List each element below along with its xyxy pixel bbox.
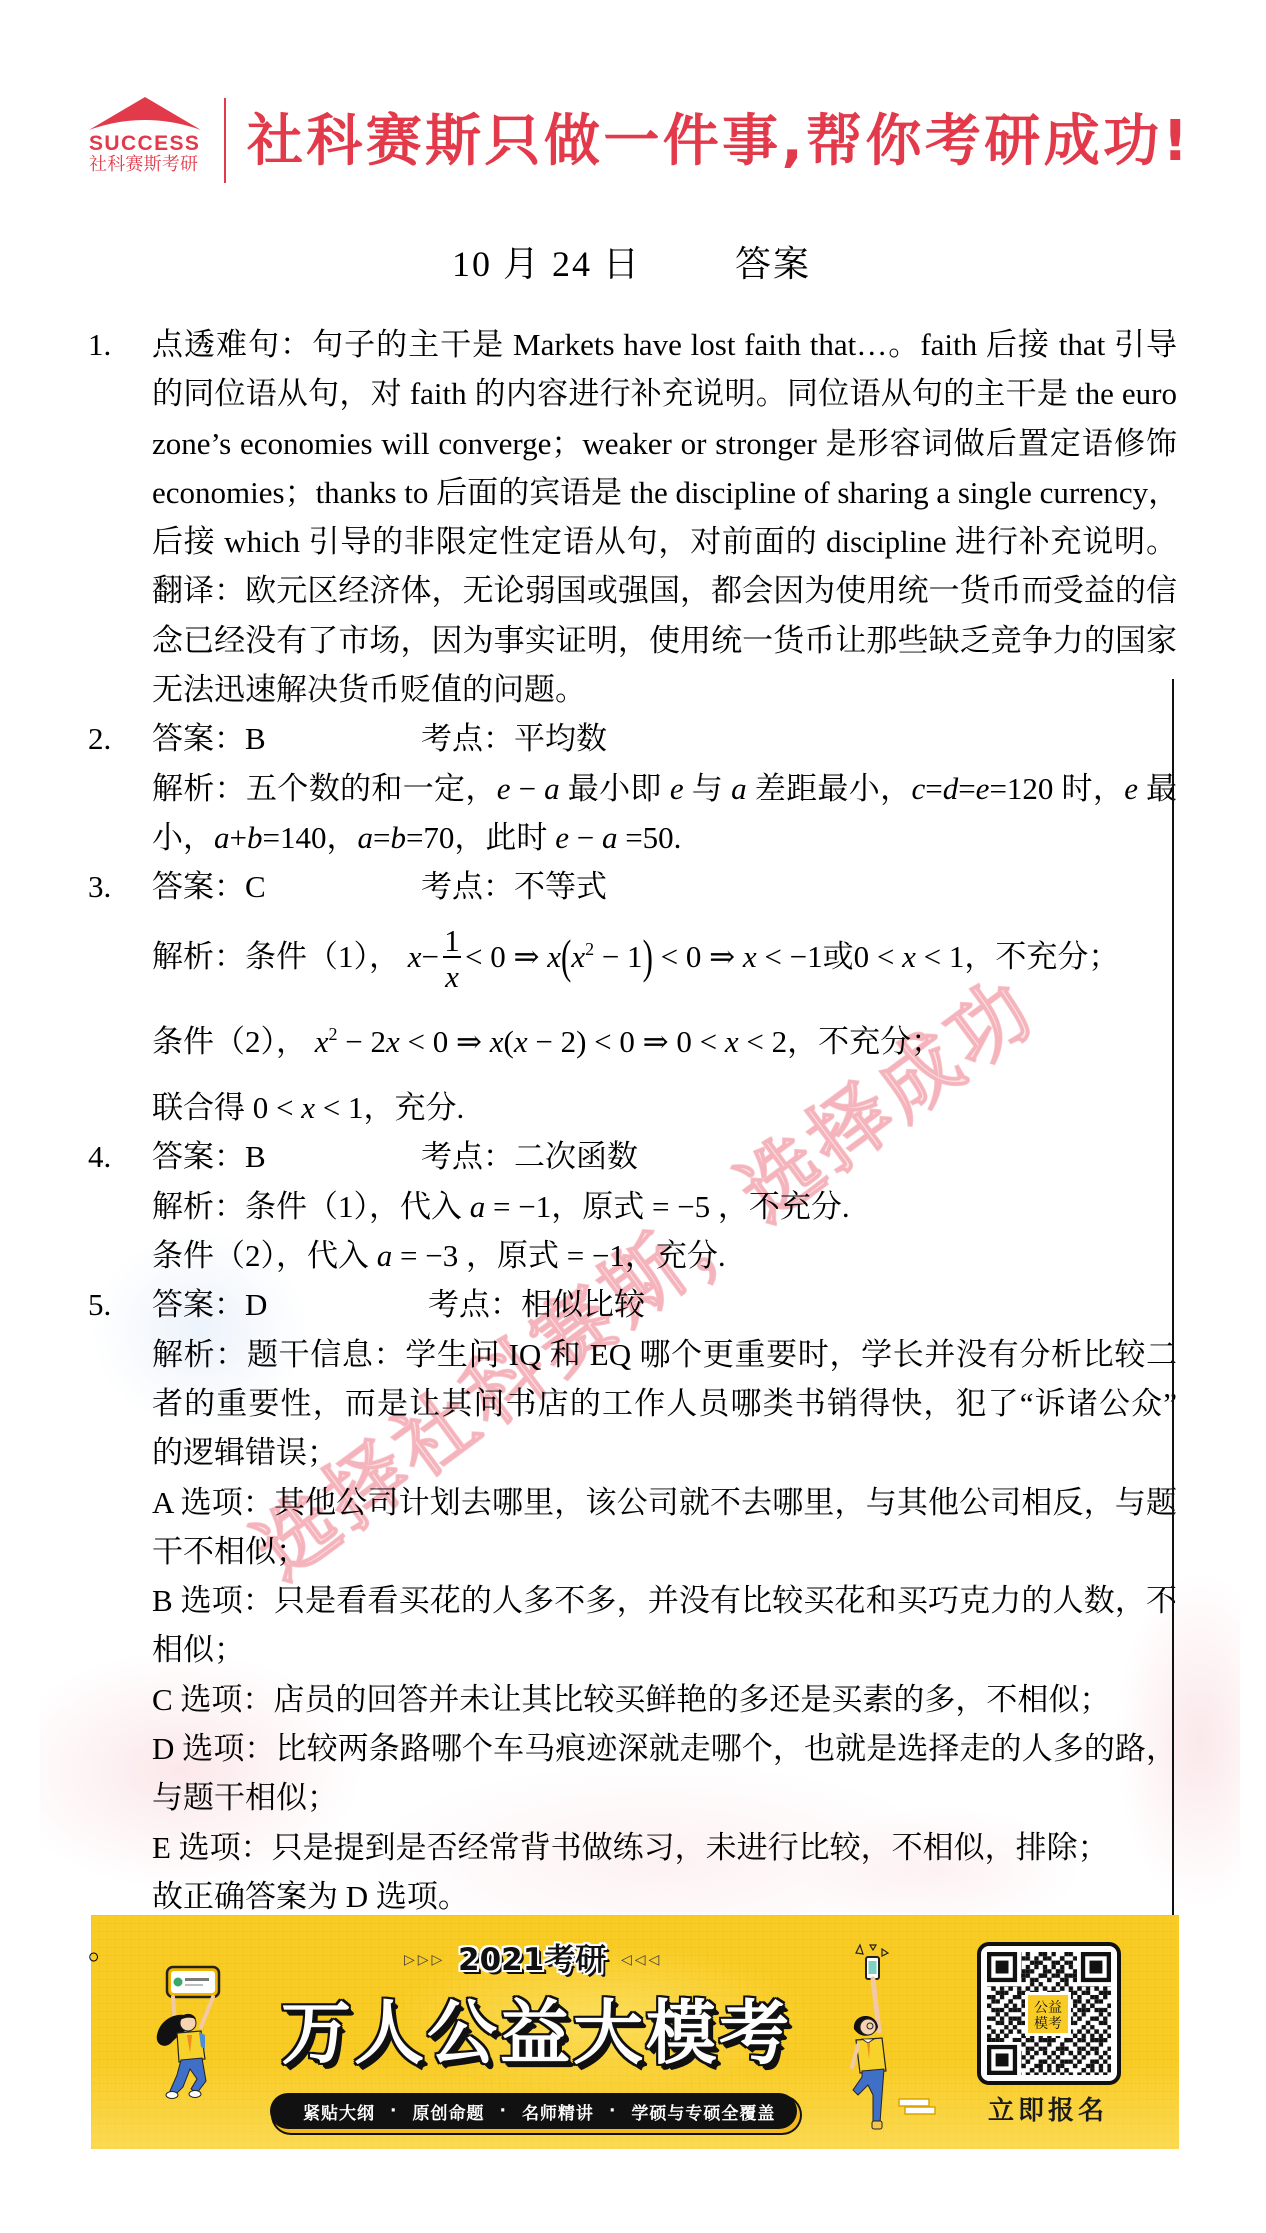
analysis-line-condition-2: 条件（2），代入 a = −3 ，原式 = −1，充分.	[152, 1231, 1177, 1280]
text-segment: =70，此时	[406, 820, 555, 855]
question-number: 1.	[88, 320, 111, 369]
text-segment: = −3 ，原式 = −1，充分.	[392, 1238, 725, 1273]
math-variable: d	[943, 771, 959, 806]
text-segment: < 1	[315, 1090, 363, 1125]
math-variable: e	[555, 820, 569, 855]
banner-feature-pill: 紧贴大纲 · 原创命题 · 名师精讲 · 学硕与专硕全覆盖	[270, 2093, 797, 2129]
logo-roof-icon	[89, 97, 201, 131]
math-variable: e	[497, 771, 511, 806]
math-exponent: 2	[585, 939, 594, 959]
question-number: 5.	[88, 1280, 111, 1329]
text-segment: =50.	[617, 820, 681, 855]
math-variable: c	[911, 771, 925, 806]
feature-separator: ·	[390, 2101, 397, 2121]
qr-finder-bottom-left	[985, 2042, 1021, 2078]
line-text: zone’s economies will converge；weaker or…	[152, 426, 1177, 461]
line-text: D 选项：比较两条路哪个车马痕迹深就走哪个，也就是选择走的人多的路，	[152, 1731, 1177, 1766]
question-3: 3.答案：C考点：不等式 解析：条件（1）， x−1x< 0 ⇒ x(x2 − …	[152, 862, 1177, 1132]
text-segment: 与	[684, 771, 732, 806]
analysis-line: 解析：五个数的和一定，e − a 最小即 e 与 a 差距最小，c=d=e=12…	[152, 764, 1177, 813]
answer-header: 3.答案：C考点：不等式	[152, 862, 1177, 911]
text-line: zone’s economies will converge；weaker or…	[152, 419, 1177, 468]
text-segment: − 1	[594, 939, 642, 974]
text-segment: =120 时，	[989, 771, 1124, 806]
line-text: 的逻辑错误；	[152, 1435, 338, 1470]
math-variable: a	[470, 1189, 486, 1224]
answer-label: 答案：B	[152, 1139, 266, 1174]
math-variable: x	[408, 939, 422, 974]
line-text: economies；thanks to 后面的宾语是 the disciplin…	[152, 475, 1179, 510]
question-number: 2.	[88, 714, 111, 763]
text-segment: 解析：条件（1），	[152, 939, 408, 974]
topic-label: 考点：不等式	[421, 862, 607, 911]
decorative-arrows-left: ▷▷▷	[404, 1951, 445, 1969]
math-variable: e	[670, 771, 684, 806]
question-number: 3.	[88, 862, 111, 911]
math-variable: a	[544, 771, 560, 806]
text-segment: 最小即	[560, 771, 670, 806]
fraction-bar	[443, 956, 461, 958]
math-variable: x	[743, 939, 757, 974]
banner-headline: 万人公益大模考	[281, 1993, 792, 2073]
text-segment: 条件（2），代入	[152, 1238, 377, 1273]
option-d-line: 与题干相似；	[152, 1773, 1177, 1822]
text-segment: 小，	[152, 820, 214, 855]
math-variable: x	[547, 939, 561, 974]
math-paren: )	[643, 918, 653, 994]
line-text: 念已经没有了市场，因为事实证明，使用统一货币让那些缺乏竞争力的国家	[152, 623, 1177, 658]
math-variable: a	[357, 820, 373, 855]
feature-item: 紧贴大纲	[303, 2099, 375, 2124]
math-paren: (	[504, 1024, 514, 1059]
math-variable: a	[602, 820, 618, 855]
text-segment: < 1	[916, 939, 964, 974]
text-segment: =	[925, 771, 942, 806]
answer-content: 1.点透难句：句子的主干是 Markets have lost faith th…	[152, 320, 1177, 1921]
text-line: 后接 which 引导的非限定性定语从句，对前面的 discipline 进行补…	[152, 517, 1177, 566]
math-fraction: 1x	[442, 947, 462, 967]
line-text: 故正确答案为 D 选项。	[152, 1879, 469, 1914]
line-text: 后接 which 引导的非限定性定语从句，对前面的 discipline 进行补…	[152, 524, 1177, 559]
qr-code: 公益 模考	[977, 1942, 1121, 2085]
answer-header: 5.答案：D考点：相似比较	[152, 1280, 1177, 1329]
feature-item: 名师精讲	[522, 2099, 594, 2124]
fraction-numerator: 1	[442, 925, 462, 956]
math-variable: a	[377, 1238, 393, 1273]
math-variable: a	[214, 820, 230, 855]
phone-icon	[167, 1967, 219, 1997]
qr-badge-line-2: 模考	[1034, 2015, 1062, 2032]
conclusion-line: 故正确答案为 D 选项。	[152, 1872, 1177, 1921]
text-segment: − 2) < 0 ⇒ 0 <	[528, 1024, 725, 1059]
option-a-line: A 选项：其他公司计划去哪里，该公司就不去哪里，与其他公司相反，与题	[152, 1478, 1177, 1527]
line-text: B 选项：只是看看买花的人多不多，并没有比较买花和买巧克力的人数，不	[152, 1583, 1177, 1618]
math-variable: x	[514, 1024, 528, 1059]
math-variable: e	[1124, 771, 1138, 806]
phone-icon	[866, 1957, 879, 1979]
math-variable: e	[976, 771, 990, 806]
option-b-line: 相似；	[152, 1625, 1177, 1674]
line-text: E 选项：只是提到是否经常背书做练习，未进行比较，不相似，排除；	[152, 1830, 1109, 1865]
math-paren: (	[561, 918, 571, 994]
line-text: 干不相似；	[152, 1534, 307, 1569]
math-exponent: 2	[329, 1024, 338, 1044]
document-page: SUCCESS 社科赛斯考研 社科赛斯只做一件事,帮你考研成功! 10 月 24…	[0, 0, 1266, 2233]
line-text: 点透难句：句子的主干是 Markets have lost faith that…	[152, 327, 1177, 362]
math-operator: −	[422, 939, 439, 974]
text-segment: 联合得 0 <	[152, 1090, 301, 1125]
text-segment: =	[373, 820, 390, 855]
qr-badge-line-1: 公益	[1034, 2000, 1062, 2016]
register-now-label: 立即报名	[988, 2095, 1108, 2127]
header-slogan: 社科赛斯只做一件事,帮你考研成功!	[247, 107, 1188, 177]
text-segment: < 0 ⇒	[465, 939, 547, 974]
text-segment: +	[230, 820, 247, 855]
text-segment: < 0 ⇒	[400, 1024, 490, 1059]
trailing-punctuation: 。	[88, 1933, 119, 1964]
line-text: C 选项：店员的回答并未让其比较买鲜艳的多还是买素的多，不相似；	[152, 1682, 1110, 1717]
math-variable: x	[902, 939, 916, 974]
books-illustration	[897, 2097, 937, 2117]
text-segment: ，不充分；	[787, 1024, 942, 1059]
math-variable: x	[386, 1024, 400, 1059]
text-segment: − 2	[338, 1024, 386, 1059]
math-variable: b	[247, 820, 263, 855]
answer-label: 答案：D	[152, 1287, 267, 1322]
topic-label: 考点：二次函数	[421, 1132, 638, 1181]
text-segment: 解析：五个数的和一定，	[152, 771, 497, 806]
line-text: 无法迅速解决货币贬值的问题。	[152, 672, 586, 707]
text-segment: 条件（2），	[152, 1024, 315, 1059]
text-segment: = −1，原式 = −5 ，不充分.	[485, 1189, 849, 1224]
line-text: 解析：题干信息：学生问 IQ 和 EQ 哪个更重要时，学长并没有分析比较二	[152, 1337, 1177, 1372]
line-text: A 选项：其他公司计划去哪里，该公司就不去哪里，与其他公司相反，与题	[152, 1485, 1177, 1520]
analysis-line: 小，a+b=140，a=b=70，此时 e − a =50.	[152, 813, 1177, 862]
feature-item: 学硕与专硕全覆盖	[631, 2099, 775, 2124]
math-variable: a	[731, 771, 747, 806]
line-text: 相似；	[152, 1632, 245, 1667]
translation-line: 翻译：欧元区经济体，无论弱国或强国，都会因为使用统一货币而受益的信	[152, 566, 1177, 615]
logo-subtitle: 社科赛斯考研	[89, 155, 198, 175]
text-line: economies；thanks to 后面的宾语是 the disciplin…	[152, 468, 1177, 517]
line-text: 与题干相似；	[152, 1780, 338, 1815]
logo-divider	[224, 98, 226, 183]
option-d-line: D 选项：比较两条路哪个车马痕迹深就走哪个，也就是选择走的人多的路，	[152, 1724, 1177, 1773]
analysis-line-condition-1: 解析：条件（1）， x−1x< 0 ⇒ x(x2 − 1) < 0 ⇒ x < …	[152, 932, 1177, 981]
text-segment: =140，	[262, 820, 357, 855]
promo-banner: ▷▷▷ 2021考研 ◁◁◁ 万人公益大模考 紧贴大纲 · 原创命题 · 名师精…	[91, 1915, 1179, 2149]
question-4: 4.答案：B考点：二次函数 解析：条件（1），代入 a = −1，原式 = −5…	[152, 1132, 1177, 1280]
math-variable: x	[301, 1090, 315, 1125]
feature-item: 原创命题	[412, 2099, 484, 2124]
student-illustration-left	[153, 1965, 228, 2105]
qr-finder-top-left	[985, 1950, 1021, 1986]
question-5: 5.答案：D考点：相似比较 解析：题干信息：学生问 IQ 和 EQ 哪个更重要时…	[152, 1280, 1177, 1921]
answer-label: 答案：C	[152, 869, 266, 904]
analysis-line: 者的重要性，而是让其问书店的工作人员哪类书销得快，犯了“诉诸公众”	[152, 1379, 1177, 1428]
text-segment: < 2	[739, 1024, 787, 1059]
answer-header: 2.答案：B考点：平均数	[152, 714, 1177, 763]
math-variable: x	[490, 1024, 504, 1059]
text-segment: < −1或0 <	[757, 939, 902, 974]
text-segment: 解析：条件（1），代入	[152, 1189, 470, 1224]
page-title-label: 答案	[735, 244, 811, 284]
math-variable: b	[390, 820, 406, 855]
text-line: 的同位语从句，对 faith 的内容进行补充说明。同位语从句的主干是 the e…	[152, 369, 1177, 418]
feature-separator: ·	[609, 2101, 616, 2121]
fraction-denominator: x	[442, 961, 462, 992]
translation-line: 念已经没有了市场，因为事实证明，使用统一货币让那些缺乏竞争力的国家	[152, 616, 1177, 665]
vertical-rule	[1172, 679, 1174, 1915]
analysis-line-condition-1: 解析：条件（1），代入 a = −1，原式 = −5 ，不充分.	[152, 1182, 1177, 1231]
question-2: 2.答案：B考点：平均数 解析：五个数的和一定，e − a 最小即 e 与 a …	[152, 714, 1177, 862]
text-segment: −	[511, 771, 545, 806]
page-title-date: 10 月 24 日	[452, 244, 641, 284]
line-text: 的同位语从句，对 faith 的内容进行补充说明。同位语从句的主干是 the e…	[152, 376, 1177, 411]
logo-wordmark: SUCCESS	[89, 133, 200, 155]
question-1: 1.点透难句：句子的主干是 Markets have lost faith th…	[152, 320, 1177, 714]
option-c-line: C 选项：店员的回答并未让其比较买鲜艳的多还是买素的多，不相似；	[152, 1675, 1177, 1724]
topic-label: 考点：相似比较	[428, 1280, 645, 1329]
question-number: 4.	[88, 1132, 111, 1181]
text-segment: < 0 ⇒	[653, 939, 743, 974]
text-line: 1.点透难句：句子的主干是 Markets have lost faith th…	[152, 320, 1177, 369]
text-segment: 差距最小，	[747, 771, 912, 806]
line-text: 者的重要性，而是让其问书店的工作人员哪类书销得快，犯了“诉诸公众”	[152, 1386, 1177, 1421]
analysis-line: 解析：题干信息：学生问 IQ 和 EQ 哪个更重要时，学长并没有分析比较二	[152, 1330, 1177, 1379]
analysis-line-condition-2: 条件（2）， x2 − 2x < 0 ⇒ x(x − 2) < 0 ⇒ 0 < …	[152, 1017, 1177, 1066]
decorative-arrows-right: ◁◁◁	[621, 1951, 662, 1969]
qr-finder-top-right	[1077, 1950, 1113, 1986]
student-illustration-right	[846, 1943, 898, 2133]
option-e-line: E 选项：只是提到是否经常背书做练习，未进行比较，不相似，排除；	[152, 1823, 1177, 1872]
math-variable: x	[315, 1024, 329, 1059]
answer-label: 答案：B	[152, 721, 266, 756]
topic-label: 考点：平均数	[421, 714, 607, 763]
math-variable: x	[725, 1024, 739, 1059]
feature-separator: ·	[499, 2101, 506, 2121]
option-b-line: B 选项：只是看看买花的人多不多，并没有比较买花和买巧克力的人数，不	[152, 1576, 1177, 1625]
analysis-line-combined: 联合得 0 < x < 1，充分.	[152, 1083, 1177, 1132]
line-text: 翻译：欧元区经济体，无论弱国或强国，都会因为使用统一货币而受益的信	[152, 573, 1177, 608]
translation-line: 无法迅速解决货币贬值的问题。	[152, 665, 1177, 714]
text-segment: ，不充分；	[964, 939, 1119, 974]
option-a-line: 干不相似；	[152, 1527, 1177, 1576]
analysis-line: 的逻辑错误；	[152, 1428, 1177, 1477]
text-segment: =	[958, 771, 975, 806]
answer-header: 4.答案：B考点：二次函数	[152, 1132, 1177, 1181]
text-segment: ，充分.	[363, 1090, 464, 1125]
text-segment: −	[569, 820, 602, 855]
banner-year-label: 2021考研	[458, 1941, 606, 1979]
math-variable: x	[571, 939, 585, 974]
